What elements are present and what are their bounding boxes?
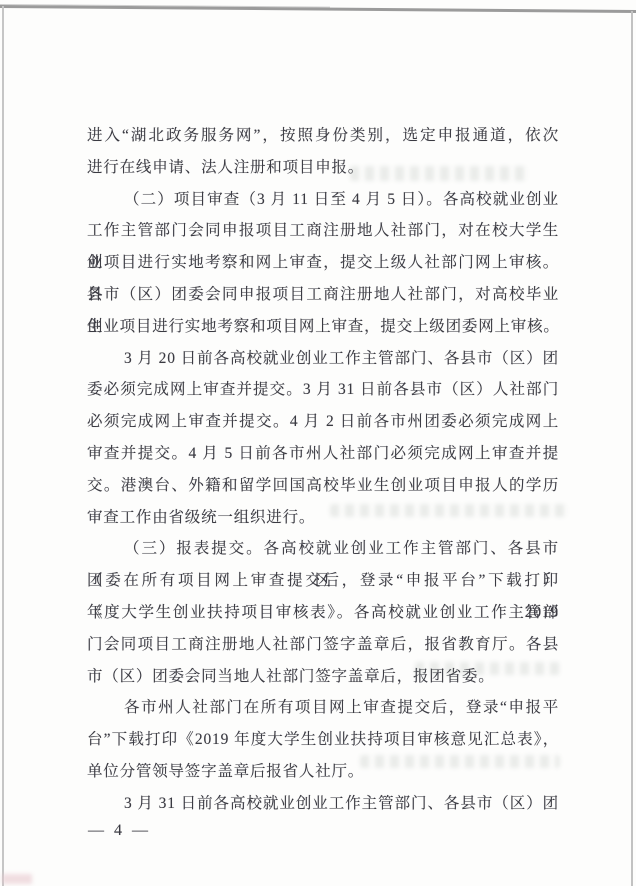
scan-edge-left — [2, 6, 4, 886]
text-line: 审查并提交。4 月 5 日前各市州人社部门必须完成网上审查并提 — [87, 438, 559, 470]
document-body-text: 进入“湖北政务服务网”，按照身份类别，选定申报通道，依次进行在线申请、法人注册和… — [87, 120, 559, 820]
text-line: 交。港澳台、外籍和留学回国高校毕业生创业项目申报人的学历 — [87, 470, 559, 502]
bleed-through-smudge — [330, 504, 570, 517]
text-line: 工作主管部门会同申报项目工商注册地人社部门，对在校大学生创 — [87, 215, 559, 247]
page-number: — 4 — — [88, 822, 151, 840]
text-line: 委必须完成网上审查并提交。3 月 31 日前各县市（区）人社部门 — [87, 374, 559, 406]
scan-edge-right — [631, 11, 633, 886]
bleed-through-smudge — [415, 662, 560, 675]
bleed-through-smudge — [350, 166, 530, 181]
text-line: 年度大学生创业扶持项目审核表》。各高校就业创业工作主管部 — [87, 597, 559, 629]
text-line: 各市州人社部门在所有项目网上审查提交后，登录“申报平 — [87, 692, 559, 724]
text-line: 3 月 20 日前各高校就业创业工作主管部门、各县市（区）团 — [87, 343, 559, 375]
text-line: （二）项目审查（3 月 11 日至 4 月 5 日）。各高校就业创业 — [87, 184, 559, 216]
text-line: 门会同项目工商注册地人社部门签字盖章后，报省教育厅。各县 — [87, 629, 559, 661]
text-line: 进入“湖北政务服务网”，按照身份类别，选定申报通道，依次 — [87, 120, 559, 152]
text-line: 必须完成网上审查并提交。4 月 2 日前各市州团委必须完成网上 — [87, 406, 559, 438]
bleed-through-smudge — [360, 755, 560, 768]
text-line: （三）报表提交。各高校就业创业工作主管部门、各县市（区） — [87, 533, 559, 565]
text-line: 创业项目进行实地考察和项目网上审查，提交上级团委网上审核。 — [87, 311, 559, 343]
scanned-document-page: 进入“湖北政务服务网”，按照身份类别，选定申报通道，依次进行在线申请、法人注册和… — [0, 0, 636, 886]
text-line: 团委在所有项目网上审查提交后，登录“申报平台”下载打印《2019 — [87, 565, 559, 597]
text-line: 县市（区）团委会同申报项目工商注册地人社部门，对高校毕业生 — [87, 279, 559, 311]
text-line: 台”下载打印《2019 年度大学生创业扶持项目审核意见汇总表》， — [87, 724, 559, 756]
text-line: 业项目进行实地考察和网上审查，提交上级人社部门网上审核。各 — [87, 247, 559, 279]
scan-corner-smudge — [2, 874, 32, 884]
text-line: 3 月 31 日前各高校就业创业工作主管部门、各县市（区）团 — [87, 788, 559, 820]
